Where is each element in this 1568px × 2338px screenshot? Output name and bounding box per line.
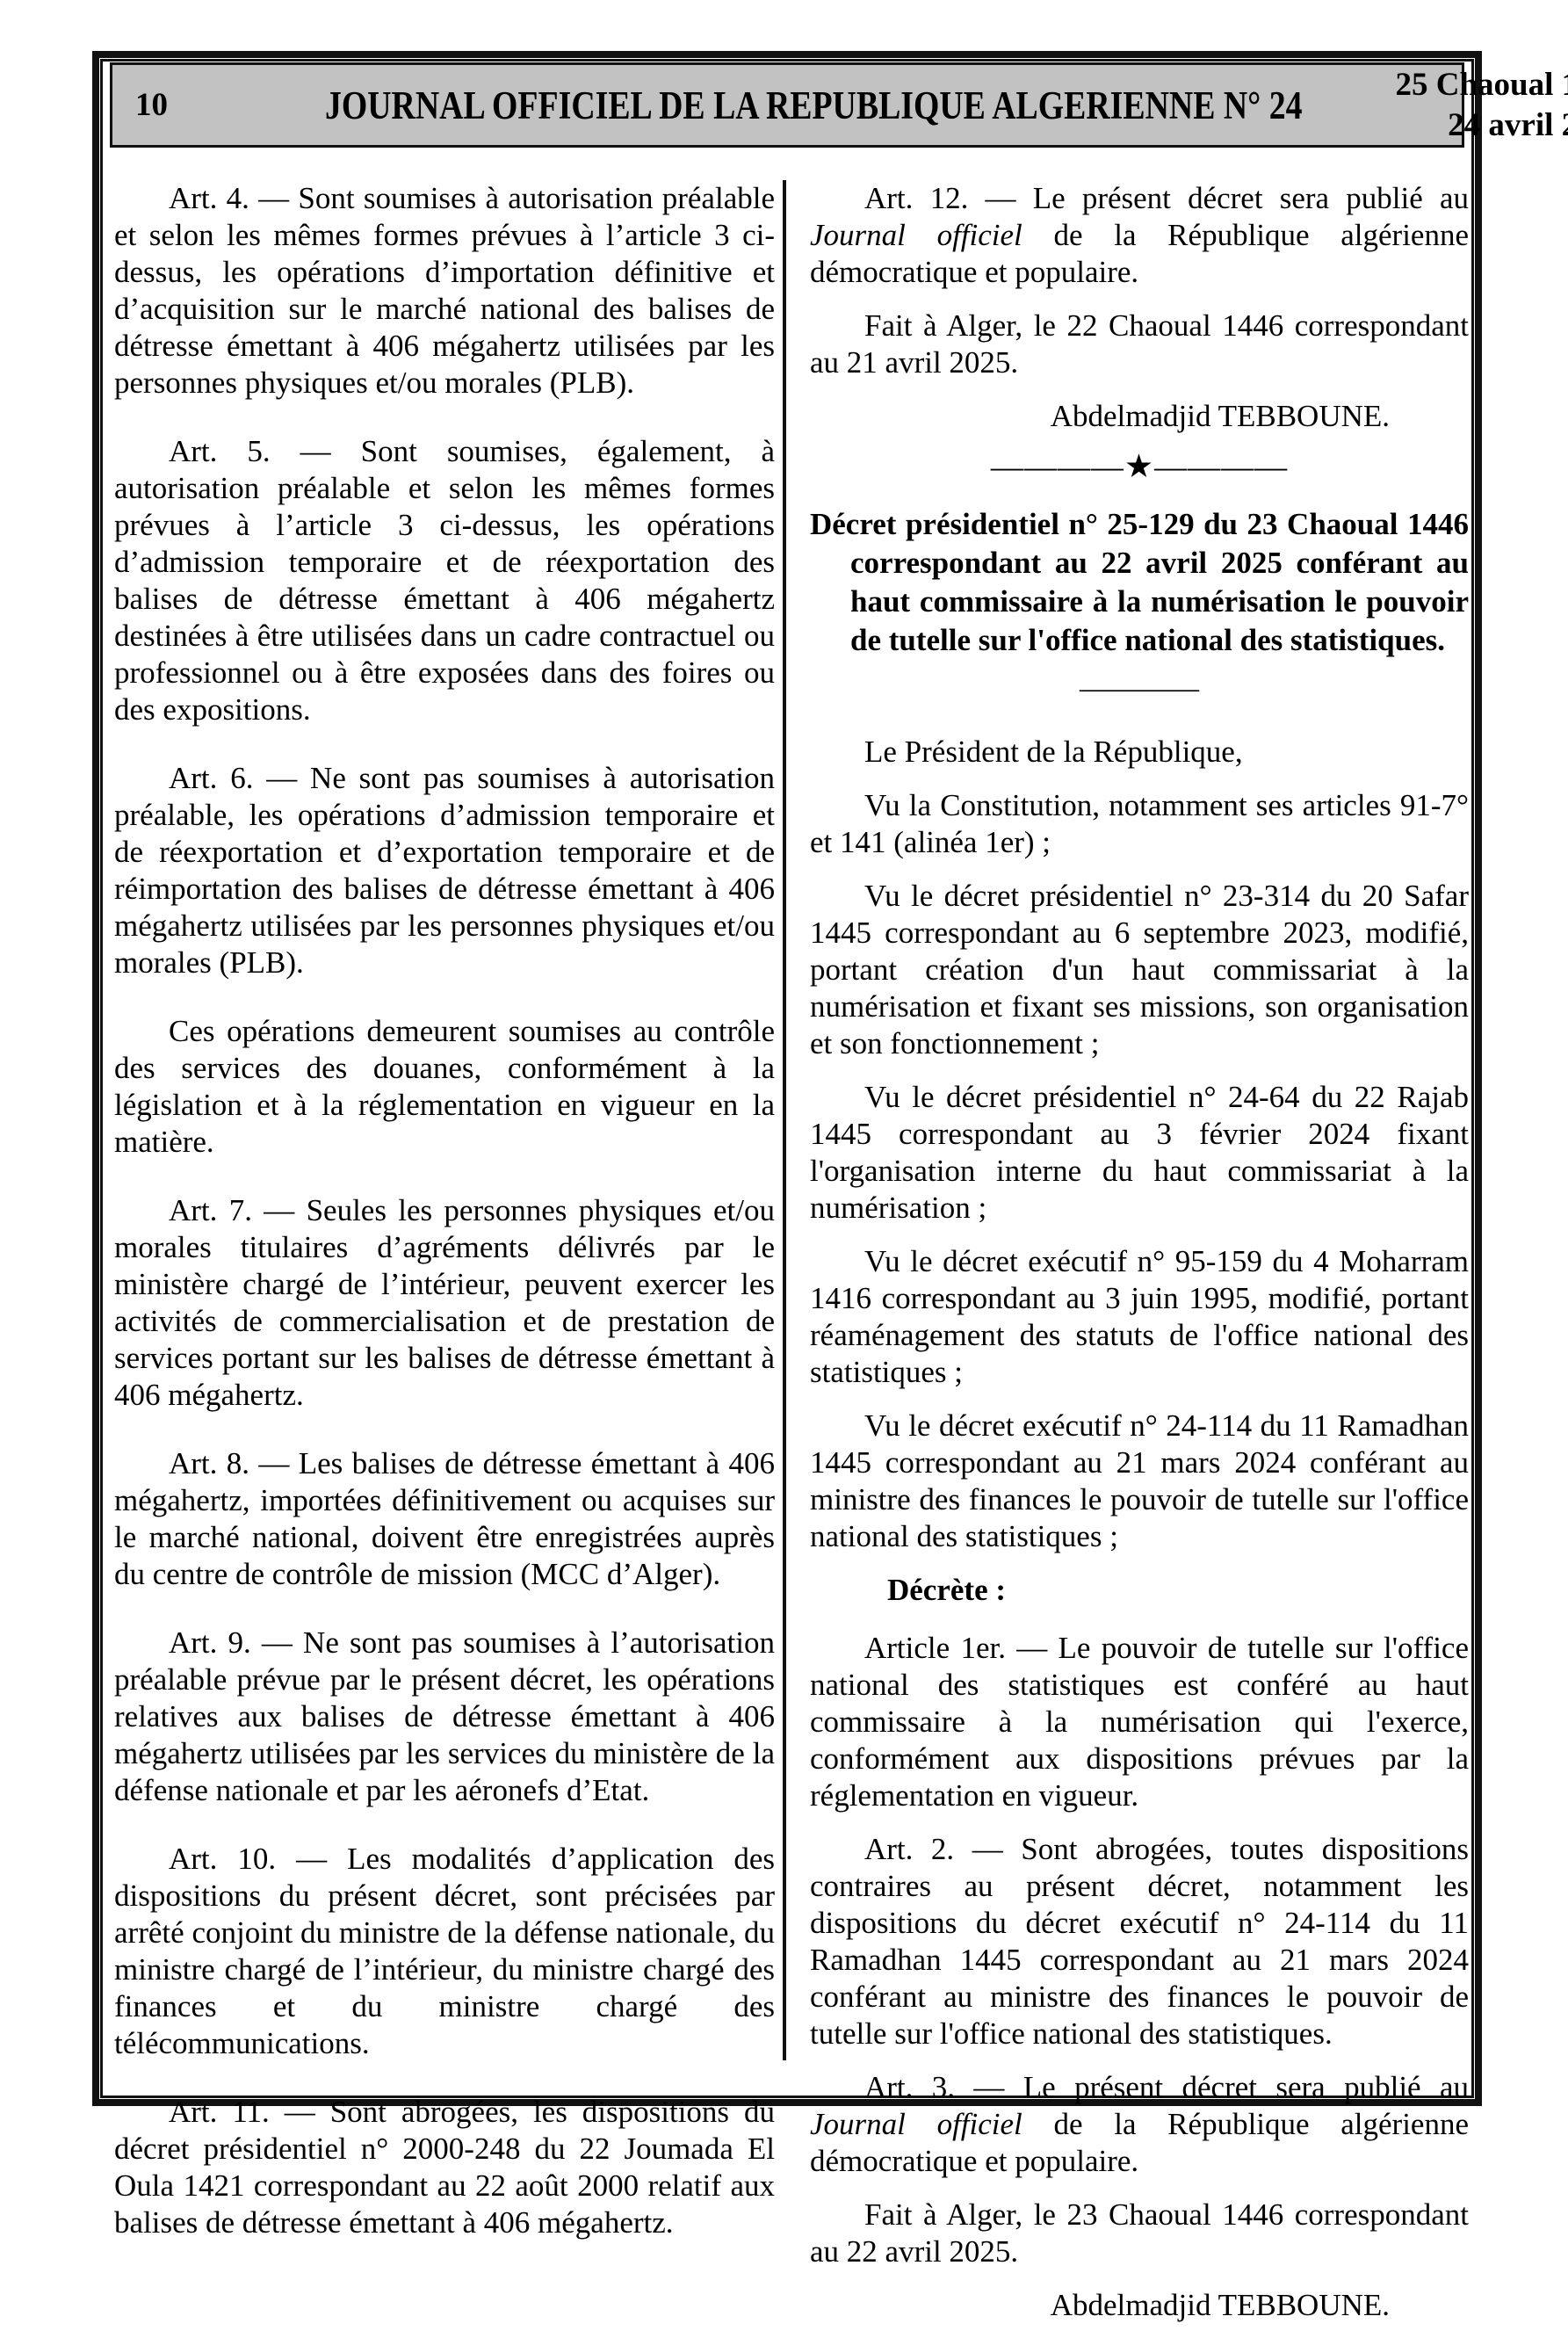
text-run: Art. 8. — Les balises de détresse émetta…: [114, 1446, 775, 1591]
text-run: Vu le décret exécutif n° 95-159 du 4 Moh…: [810, 1244, 1469, 1389]
paragraph: Fait à Alger, le 22 Chaoual 1446 corresp…: [810, 308, 1469, 381]
paragraph: Le Président de la République,: [810, 734, 1469, 771]
paragraph: Art. 4. — Sont soumises à autorisation p…: [114, 180, 775, 402]
date-gregorian: 24 avril 2025: [1396, 105, 1568, 146]
paragraph: Art. 9. — Ne sont pas soumises à l’autor…: [114, 1625, 775, 1809]
page-header: 10 JOURNAL OFFICIEL DE LA REPUBLIQUE ALG…: [110, 62, 1464, 148]
text-run: Art. 6. — Ne sont pas soumises à autoris…: [114, 761, 775, 980]
signature: Abdelmadjid TEBBOUNE.: [810, 2287, 1469, 2324]
text-run: Décret présidentiel n° 25-129 du 23 Chao…: [810, 507, 1469, 657]
text-run: Art. 7. — Seules les personnes physiques…: [114, 1193, 775, 1412]
paragraph: Vu le décret exécutif n° 24-114 du 11 Ra…: [810, 1408, 1469, 1555]
decree-title: Décret présidentiel n° 25-129 du 23 Chao…: [810, 505, 1469, 660]
text-run: Art. 2. — Sont abrogées, toutes disposit…: [810, 1832, 1469, 2051]
text-run: Le Président de la République,: [864, 735, 1243, 769]
text-run: Ces opérations demeurent soumises au con…: [114, 1014, 775, 1159]
text-run: Art. 12. — Le présent décret sera publié…: [864, 181, 1469, 215]
paragraph: Vu le décret exécutif n° 95-159 du 4 Moh…: [810, 1243, 1469, 1391]
paragraph: Fait à Alger, le 23 Chaoual 1446 corresp…: [810, 2197, 1469, 2270]
signature: Abdelmadjid TEBBOUNE.: [810, 398, 1469, 435]
header-dates: 25 Chaoual 1446 24 avril 2025: [1396, 65, 1568, 146]
text-run: Art. 4. — Sont soumises à autorisation p…: [114, 181, 775, 400]
text-run: Article 1er. — Le pouvoir de tutelle sur…: [810, 1631, 1469, 1813]
paragraph: Article 1er. — Le pouvoir de tutelle sur…: [810, 1630, 1469, 1814]
dash-separator: ————: [810, 670, 1469, 707]
paragraph: Ces opérations demeurent soumises au con…: [114, 1013, 775, 1161]
paragraph: Art. 3. — Le présent décret sera publié …: [810, 2069, 1469, 2180]
text-run: Fait à Alger, le 23 Chaoual 1446 corresp…: [810, 2197, 1469, 2269]
paragraph: Vu le décret présidentiel n° 23-314 du 2…: [810, 878, 1469, 1062]
text-run: Vu le décret présidentiel n° 24-64 du 22…: [810, 1080, 1469, 1225]
paragraph: Art. 2. — Sont abrogées, toutes disposit…: [810, 1831, 1469, 2052]
text-run: Vu la Constitution, notamment ses articl…: [810, 788, 1469, 859]
date-hijri: 25 Chaoual 1446: [1396, 65, 1568, 105]
star-separator: ————★————: [810, 449, 1469, 486]
column-divider: [783, 180, 786, 2060]
paragraph: Art. 8. — Les balises de détresse émetta…: [114, 1445, 775, 1593]
text-run: Vu le décret présidentiel n° 23-314 du 2…: [810, 879, 1469, 1060]
right-column: Art. 12. — Le présent décret sera publié…: [810, 180, 1469, 2338]
page-number: 10: [135, 86, 232, 124]
paragraph: Art. 5. — Sont soumises, également, à au…: [114, 433, 775, 728]
paragraph: Art. 6. — Ne sont pas soumises à autoris…: [114, 760, 775, 981]
journal-page: { "colors":{ "border":"#111111", "header…: [0, 0, 1568, 2219]
decree-word: Décrète :: [887, 1572, 1469, 1609]
paragraph: Art. 12. — Le présent décret sera publié…: [810, 180, 1469, 291]
text-run: Art. 10. — Les modalités d’application d…: [114, 1842, 775, 2060]
italic-run: Journal officiel: [810, 2107, 1022, 2141]
paragraph: Art. 10. — Les modalités d’application d…: [114, 1841, 775, 2062]
paragraph: Art. 7. — Seules les personnes physiques…: [114, 1192, 775, 1414]
paragraph: Vu la Constitution, notamment ses articl…: [810, 787, 1469, 861]
paragraph: Vu le décret présidentiel n° 24-64 du 22…: [810, 1079, 1469, 1227]
italic-run: Journal officiel: [810, 218, 1022, 252]
text-run: Art. 5. — Sont soumises, également, à au…: [114, 434, 775, 727]
text-run: Fait à Alger, le 22 Chaoual 1446 corresp…: [810, 308, 1469, 380]
text-run: Art. 11. — Sont abrogées, les dispositio…: [114, 2095, 775, 2240]
text-run: Art. 9. — Ne sont pas soumises à l’autor…: [114, 1625, 775, 1807]
text-run: Art. 3. — Le présent décret sera publié …: [864, 2070, 1469, 2104]
text-run: Vu le décret exécutif n° 24-114 du 11 Ra…: [810, 1408, 1469, 1553]
journal-title: JOURNAL OFFICIEL DE LA REPUBLIQUE ALGERI…: [325, 83, 1303, 128]
left-column: Art. 4. — Sont soumises à autorisation p…: [114, 180, 775, 2273]
